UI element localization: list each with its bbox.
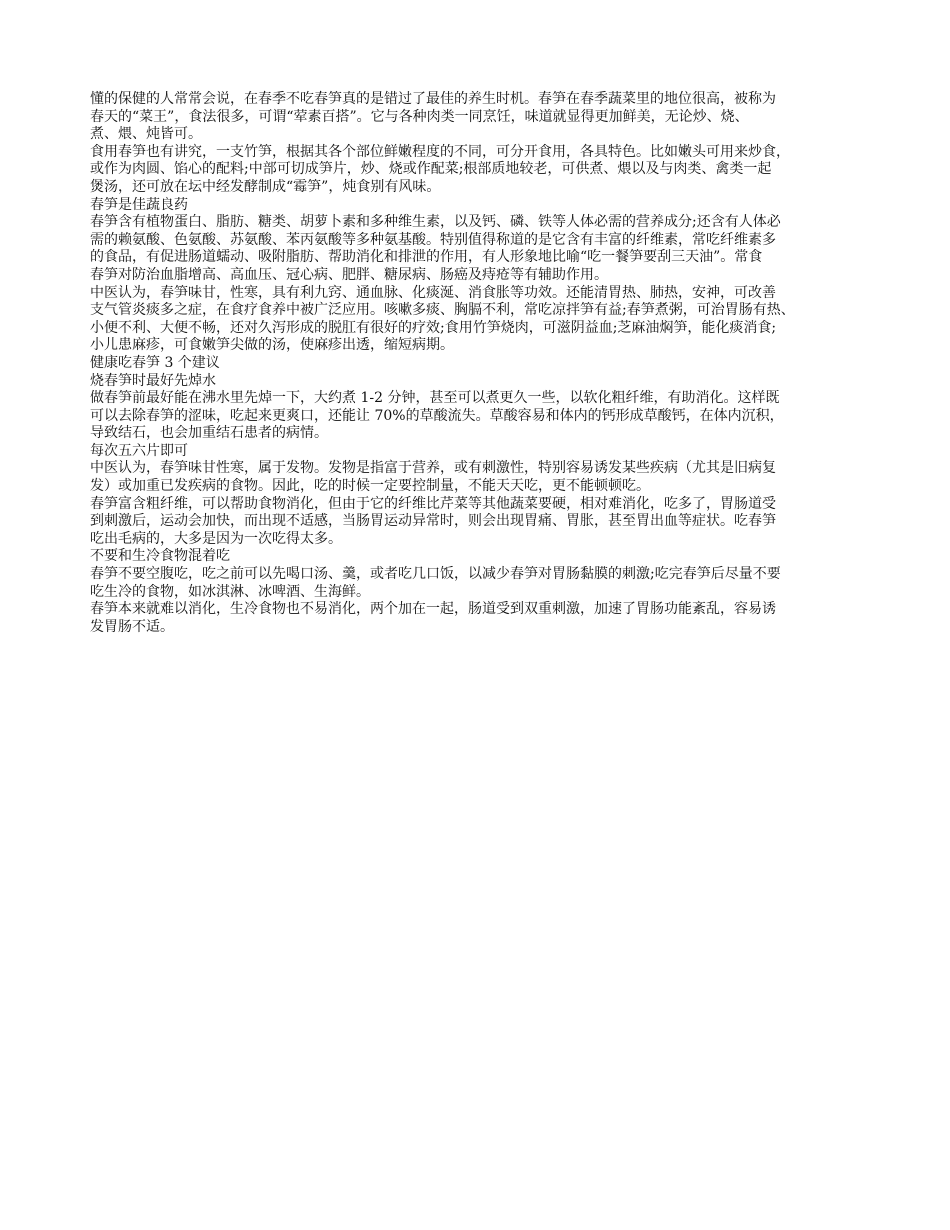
section-heading-three-tips: 健康吃春笋 3 个建议 [90, 355, 870, 373]
text-line: 发）或加重已发疾病的食物。因此，吃的时候一定要控制量，不能天天吃，更不能顿顿吃。 [90, 478, 870, 496]
text-line: 春笋对防治血脂增高、高血压、冠心病、肥胖、糖尿病、肠癌及痔疮等有辅助作用。 [90, 267, 870, 285]
subheading-blanch-first: 烧春笋时最好先焯水 [90, 373, 870, 391]
paragraph-empty-stomach: 春笋不要空腹吃，吃之前可以先喝口汤、羹，或者吃几口饭，以减少春笋对胃肠黏膜的刺激… [90, 566, 870, 601]
paragraph-portion: 中医认为，春笋味甘性寒，属于发物。发物是指富于营养，或有刺激性，特别容易诱发某些… [90, 460, 870, 495]
text-line: 煲汤，还可放在坛中经发酵制成“霉笋”，炖食别有风味。 [90, 179, 870, 197]
text-line: 懂的保健的人常常会说，在春季不吃春笋真的是错过了最佳的养生时机。春笋在春季蔬菜里… [90, 91, 870, 109]
text-line: 到刺激后，运动会加快，而出现不适感，当肠胃运动异常时，则会出现胃痛、胃胀，甚至胃… [90, 513, 870, 531]
text-line: 做春笋前最好能在沸水里先焯一下，大约煮 1-2 分钟，甚至可以煮更久一些，以软化… [90, 390, 870, 408]
text-line: 可以去除春笋的涩味，吃起来更爽口，还能让 70%的草酸流失。草酸容易和体内的钙形… [90, 408, 870, 426]
text-line: 或作为肉圆、馅心的配料;中部可切成笋片，炒、烧或作配菜;根部质地较老，可供煮、煨… [90, 161, 870, 179]
text-line: 吃出毛病的，大多是因为一次吃得太多。 [90, 531, 870, 549]
paragraph-eating-method: 食用春笋也有讲究，一支竹笋，根据其各个部位鲜嫩程度的不同，可分开食用，各具特色。… [90, 144, 870, 197]
text-line: 食用春笋也有讲究，一支竹笋，根据其各个部位鲜嫩程度的不同，可分开食用，各具特色。… [90, 144, 870, 162]
text-line: 春天的“菜王”，食法很多，可谓“荤素百搭”。它与各种肉类一同烹饪，味道就显得更加… [90, 109, 870, 127]
text-line: 春笋本来就难以消化，生冷食物也不易消化，两个加在一起，肠道受到双重刺激，加速了胃… [90, 601, 870, 619]
text-line: 春笋不要空腹吃，吃之前可以先喝口汤、羹，或者吃几口饭，以减少春笋对胃肠黏膜的刺激… [90, 566, 870, 584]
text-line: 中医认为，春笋味甘性寒，属于发物。发物是指富于营养，或有刺激性，特别容易诱发某些… [90, 460, 870, 478]
text-line: 小儿患麻疹，可食嫩笋尖做的汤，使麻疹出透，缩短病期。 [90, 337, 870, 355]
paragraph-fiber: 春笋富含粗纤维，可以帮助食物消化，但由于它的纤维比芹菜等其他蔬菜要硬，相对难消化… [90, 496, 870, 549]
paragraph-tcm: 中医认为，春笋味甘，性寒，具有利九窍、通血脉、化痰涎、消食胀等功效。还能清胃热、… [90, 285, 870, 355]
text-line: 吃生冷的食物，如冰淇淋、冰啤酒、生海鲜。 [90, 584, 870, 602]
text-line: 的食品，有促进肠道蠕动、吸附脂肪、帮助消化和排泄的作用，有人形象地比喻“吃一餐笋… [90, 249, 870, 267]
text-line: 支气管炎痰多之症，在食疗食养中被广泛应用。咳嗽多痰、胸膈不利，常吃凉拌笋有益;春… [90, 302, 870, 320]
paragraph-nutrition: 春笋含有植物蛋白、脂肪、糖类、胡萝卜素和多种维生素，以及钙、磷、铁等人体必需的营… [90, 214, 870, 284]
text-line: 春笋富含粗纤维，可以帮助食物消化，但由于它的纤维比芹菜等其他蔬菜要硬，相对难消化… [90, 496, 870, 514]
subheading-no-cold-food: 不要和生冷食物混着吃 [90, 548, 870, 566]
text-line: 中医认为，春笋味甘，性寒，具有利九窍、通血脉、化痰涎、消食胀等功效。还能清胃热、… [90, 285, 870, 303]
paragraph-digestion: 春笋本来就难以消化，生冷食物也不易消化，两个加在一起，肠道受到双重刺激，加速了胃… [90, 601, 870, 636]
text-line: 煮、煨、炖皆可。 [90, 126, 870, 144]
text-line: 发胃肠不适。 [90, 619, 870, 637]
section-heading-good-vegetable: 春笋是佳蔬良药 [90, 197, 870, 215]
text-line: 春笋含有植物蛋白、脂肪、糖类、胡萝卜素和多种维生素，以及钙、磷、铁等人体必需的营… [90, 214, 870, 232]
text-line: 小便不利、大便不畅，还对久泻形成的脱肛有很好的疗效;食用竹笋烧肉，可滋阴益血;芝… [90, 320, 870, 338]
subheading-five-six-pieces: 每次五六片即可 [90, 443, 870, 461]
text-line: 导致结石，也会加重结石患者的病情。 [90, 425, 870, 443]
paragraph-blanch: 做春笋前最好能在沸水里先焯一下，大约煮 1-2 分钟，甚至可以煮更久一些，以软化… [90, 390, 870, 443]
paragraph-intro: 懂的保健的人常常会说，在春季不吃春笋真的是错过了最佳的养生时机。春笋在春季蔬菜里… [90, 91, 870, 144]
text-line: 需的赖氨酸、色氨酸、苏氨酸、苯丙氨酸等多种氨基酸。特别值得称道的是它含有丰富的纤… [90, 232, 870, 250]
document-page: 懂的保健的人常常会说，在春季不吃春笋真的是错过了最佳的养生时机。春笋在春季蔬菜里… [90, 91, 870, 636]
